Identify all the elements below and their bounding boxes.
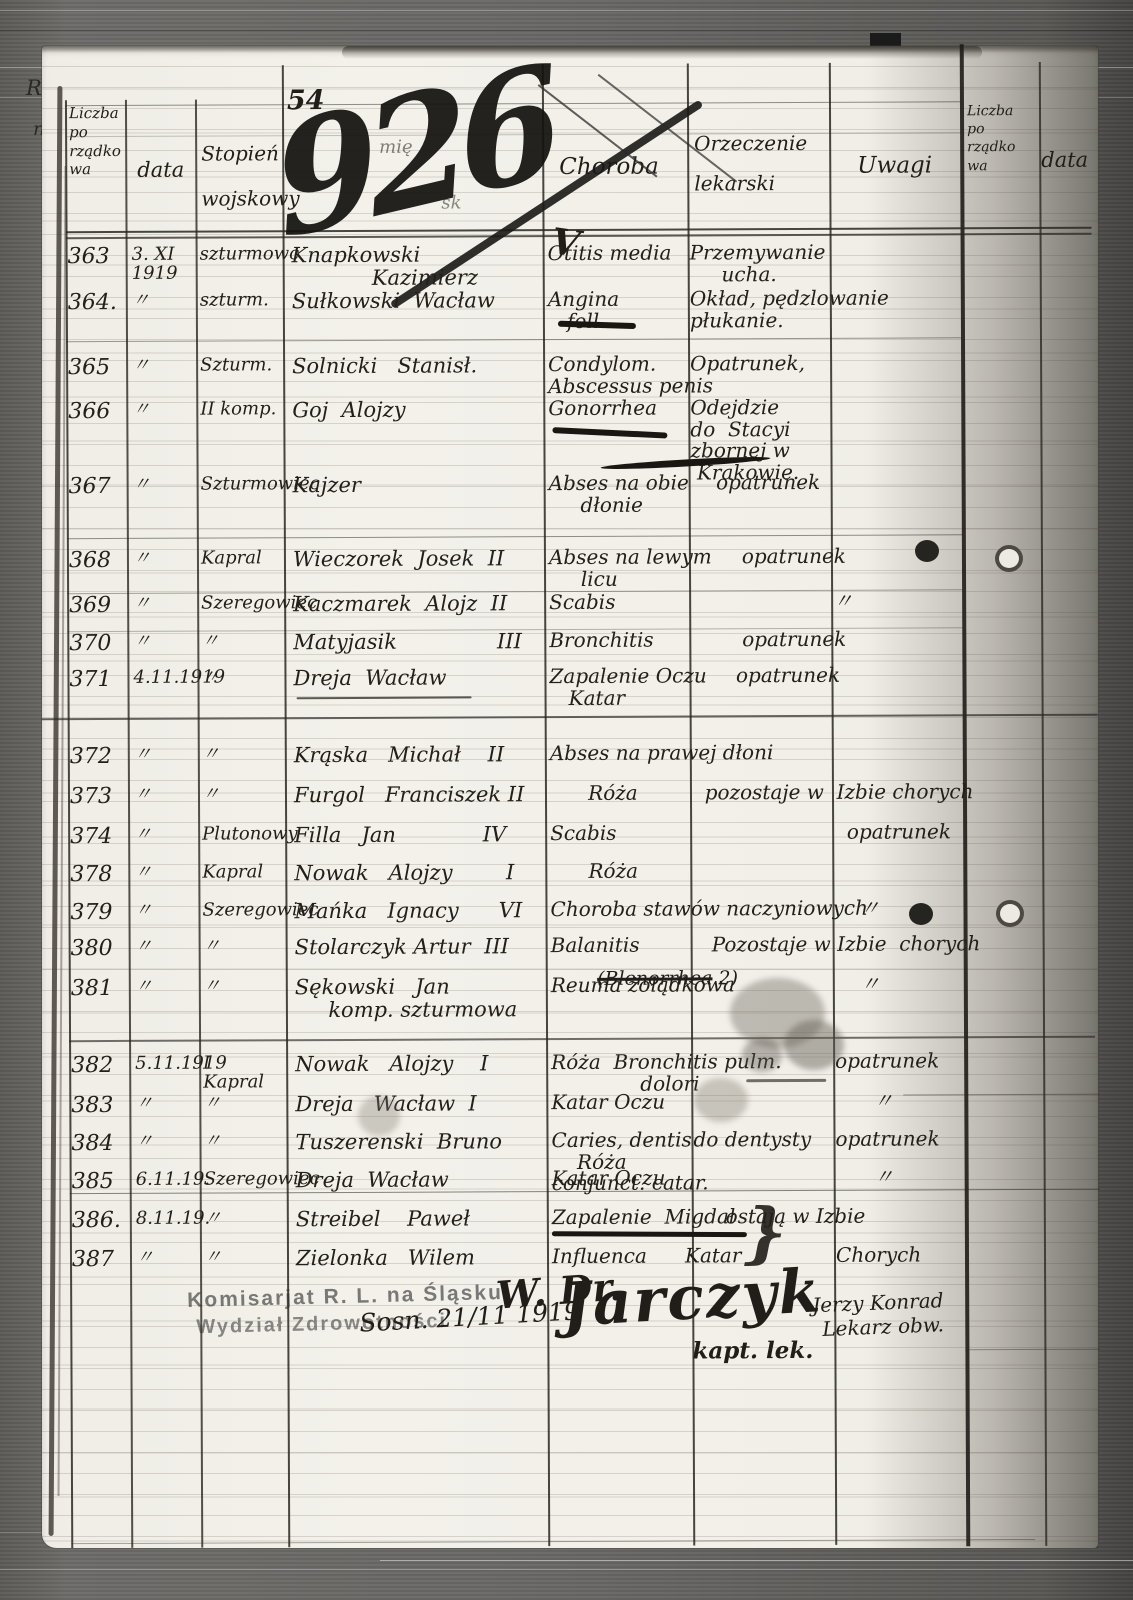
- underline-gonorrhea: [552, 427, 667, 439]
- row-date: 〃: [135, 1094, 153, 1114]
- row-verdict: opatrunek: [691, 472, 821, 494]
- row-disease: Katar Oczu: [552, 1168, 666, 1190]
- row-verdict: do dentysty: [693, 1129, 811, 1151]
- strike-dolori: [746, 1079, 826, 1082]
- scanned-register-page: R n: [0, 0, 1133, 1600]
- register-row: 367 〃 Szturmowiec Kajzer Abses na obie d…: [41, 471, 1097, 476]
- struck-word: (Blenorrhea: [597, 967, 712, 990]
- punch-hole-ring: [995, 545, 1023, 572]
- row-name: Kaczmarek Alojz II: [293, 592, 507, 616]
- row-rank: 〃: [202, 785, 220, 805]
- row-verdict: Przemywanie ucha.: [690, 242, 826, 286]
- col-header-date: data: [137, 158, 184, 182]
- row-name: Solnicki Stanisł.: [292, 354, 477, 377]
- table-rule-h: [66, 337, 962, 342]
- row-remarks: 〃: [835, 1091, 893, 1113]
- row-remarks: opatrunek: [834, 821, 951, 843]
- row-number: 372: [70, 745, 112, 769]
- row-name: Wieczorek Josek II: [293, 547, 504, 571]
- row-name: Nowak Alojzy I: [295, 1052, 488, 1076]
- row-number: 367: [69, 475, 111, 499]
- scratch-line: [380, 1560, 1133, 1561]
- table-rule-v: [125, 100, 133, 1548]
- row-name: Dreja Wacław: [293, 667, 446, 690]
- register-row: 372 〃 〃 Krąska Michał II Abses na prawej…: [42, 741, 1098, 746]
- row-remarks: opatrunek: [835, 1128, 939, 1150]
- ink-smudge: [694, 1078, 748, 1122]
- row-disease: Róża: [550, 783, 638, 805]
- row-rank: 〃: [201, 632, 219, 652]
- row-disease: Condylom. Abscessus penis: [548, 353, 713, 397]
- row-rank: 〃: [203, 1132, 221, 1152]
- row-date: 〃: [134, 863, 152, 883]
- col-header-number-2: Liczba po rządko wa: [967, 102, 1016, 175]
- row-name: Krąska Michał II: [294, 743, 505, 767]
- row-disease: Katar Oczu: [551, 1092, 665, 1114]
- row-date: 〃: [134, 901, 152, 921]
- row-rank: Kapral: [201, 548, 262, 568]
- register-row: 384 〃 〃 Tuszerenski Bruno Caries, dentis…: [43, 1128, 1099, 1133]
- row-verdict: Okład, pędzlowanie płukanie.: [690, 288, 889, 332]
- row-rank: 〃: [203, 937, 221, 957]
- row-date: 〃: [134, 825, 152, 845]
- row-rank: Plutonowy: [202, 824, 298, 844]
- row-remarks: 〃: [835, 974, 881, 996]
- register-row: 364. 〃 szturm. Sułkowski Wacław Angina f…: [40, 287, 1096, 292]
- ink-smudge: [742, 1038, 782, 1072]
- row-disease: Zapalenie Oczu Katar: [549, 665, 706, 709]
- page-number-graffiti: 926: [265, 31, 562, 274]
- row-disease: Scabis: [550, 823, 616, 845]
- row-name: Kajzer: [293, 474, 361, 497]
- row-rank: 〃: [203, 1094, 221, 1114]
- scratch-line: [0, 1569, 1133, 1570]
- row-number: 384: [71, 1132, 113, 1156]
- row-date: 〃: [133, 594, 151, 614]
- row-remarks: Chorych: [836, 1244, 921, 1266]
- row-number: 369: [69, 594, 111, 618]
- row-remarks: opatrunek: [835, 1050, 939, 1072]
- row-number: 381: [71, 977, 113, 1001]
- row-verdict: opatrunek: [691, 665, 840, 687]
- row-disease: Gonorrhea: [548, 398, 657, 420]
- doctor-title: Lekarz obw.: [822, 1312, 944, 1341]
- row-date: 〃: [132, 400, 150, 420]
- row-date: 〃: [133, 549, 151, 569]
- table-rule-h: [903, 1094, 1099, 1096]
- row-rank: I Kapral: [203, 1053, 264, 1092]
- row-rank: 〃: [202, 745, 220, 765]
- row-disease: Abses na lewym licu: [549, 546, 712, 590]
- row-rank: 〃: [204, 1248, 222, 1268]
- row-verdict: Opatrunek,: [690, 353, 805, 375]
- row-disease: Abses na prawej dłoni: [550, 742, 774, 765]
- register-row: 386. 8.11.19. 〃 Streibel Paweł Zapalenie…: [44, 1205, 1100, 1210]
- signature: Jarczyk: [560, 1256, 823, 1341]
- row-date: 6.11.19.: [136, 1170, 211, 1190]
- row-number: 380: [71, 937, 113, 961]
- scratch-line: [0, 30, 1133, 31]
- row-rank: 〃: [203, 977, 221, 997]
- col-header-number: Liczba po rządko wa: [69, 104, 121, 179]
- row-rank: szturm.: [200, 290, 269, 310]
- row-name: Goj Alojzy: [292, 399, 405, 422]
- register-row: 366 〃 II komp. Goj Alojzy Gonorrhea Odej…: [40, 396, 1096, 401]
- row-rank: Kapral: [202, 862, 263, 882]
- row-number: 382: [71, 1054, 113, 1078]
- row-number: 386.: [72, 1209, 121, 1233]
- register-row: 365 〃 Szturm. Solnicki Stanisł. Condylom…: [40, 352, 1096, 357]
- row-rank: II komp.: [200, 399, 276, 419]
- row-date: 8.11.19.: [136, 1209, 211, 1229]
- row-number: 374: [70, 825, 112, 849]
- punch-hole-filled: [909, 903, 933, 925]
- row-disease: Choroba stawów naczyniowych: [550, 898, 868, 921]
- row-date: 〃: [132, 356, 150, 376]
- table-rule-h: [67, 534, 963, 539]
- row-disease: Abses na obie dłonie: [549, 472, 689, 516]
- row-name: Nowak Alojzy I: [294, 861, 514, 885]
- row-date: 3. XI 1919: [132, 245, 178, 284]
- row-date: 〃: [134, 785, 152, 805]
- struck-note: (Blenorrhea 2): [549, 945, 739, 1012]
- row-name: Knapkowski Kazimierz: [292, 243, 478, 289]
- row-verdict: opatrunek: [691, 546, 846, 568]
- register-row: 387 〃 〃 Zielonka Wilem Influenca Katar C…: [44, 1244, 1100, 1249]
- row-rank: szturmowc: [200, 244, 300, 264]
- row-rank: 〃: [201, 668, 219, 688]
- row-disease: Róża: [550, 861, 638, 883]
- paper-sheet: Liczba po rządko wa data Stopień wojskow…: [42, 46, 1098, 1548]
- row-number: 366: [68, 400, 110, 424]
- row-date: 〃: [135, 977, 153, 997]
- table-rule-h: [965, 1349, 1100, 1351]
- row-disease: Otitis media: [548, 243, 672, 265]
- row-date: 〃: [132, 291, 150, 311]
- col-header-remarks: Uwagi: [857, 152, 932, 178]
- row-disease: Scabis: [549, 592, 615, 614]
- ink-smudge: [358, 1096, 400, 1136]
- row-number: 383: [71, 1094, 113, 1118]
- row-rank: 〃: [204, 1209, 222, 1229]
- row-number: 370: [69, 632, 111, 656]
- punch-hole-filled: [915, 540, 939, 562]
- register-row: 379 〃 Szeregowiec Mańka Ignacy VI Chorob…: [42, 897, 1098, 902]
- table-rule-v: [1039, 62, 1047, 1546]
- row-verdict: pozostaje w Izbie chorych: [692, 781, 974, 804]
- row-verdict: opatrunek: [691, 629, 846, 651]
- signature-rank: kapt. lek.: [692, 1337, 813, 1365]
- struck-suffix: 2): [712, 967, 738, 989]
- row-name: Sękowski Jan komp. szturmowa: [295, 975, 518, 1021]
- row-number: 364.: [68, 291, 117, 315]
- row-number: 387: [72, 1248, 114, 1272]
- row-date: 〃: [135, 937, 153, 957]
- row-name: Dreja Wacław: [296, 1169, 449, 1192]
- register-row: 380 〃 〃 Stolarczyk Artur III Balanitis P…: [43, 933, 1099, 938]
- row-name: Filla Jan IV: [294, 823, 506, 847]
- row-name: Streibel Paweł: [296, 1207, 470, 1230]
- row-remarks: 〃: [834, 898, 880, 920]
- row-date: 〃: [133, 632, 151, 652]
- section-rule-h: [69, 1036, 1095, 1042]
- row-number: 379: [70, 901, 112, 925]
- row-name: Sułkowski Wacław: [292, 289, 495, 313]
- row-disease: Bronchitis: [549, 630, 653, 652]
- row-date: 〃: [136, 1248, 154, 1268]
- row-number: 385: [72, 1170, 114, 1194]
- row-number: 363: [68, 245, 110, 269]
- strike-zapalenie: [552, 1231, 747, 1237]
- row-date: 〃: [135, 1132, 153, 1152]
- row-number: 371: [69, 668, 111, 692]
- register-row: 371 4.11.1919 〃 Dreja Wacław Zapalenie O…: [41, 664, 1097, 669]
- row-name: Stolarczyk Artur III: [295, 935, 509, 959]
- row-remarks: 〃: [833, 591, 853, 613]
- row-name: Matyjasik III: [293, 630, 522, 654]
- register-row: 382 5.11.1919 I Kapral Nowak Alojzy I Ró…: [43, 1050, 1099, 1055]
- row-number: 373: [70, 785, 112, 809]
- table-rule-h: [71, 1539, 1035, 1544]
- register-row: 378 〃 Kapral Nowak Alojzy I Róża: [42, 859, 1098, 864]
- register-row: 385 6.11.19. Szeregowiec Dreja Wacław Ka…: [44, 1166, 1100, 1171]
- register-row: 373 〃 〃 Furgol Franciszek II Róża pozost…: [42, 781, 1098, 786]
- row-name: Furgol Franciszek II: [294, 783, 524, 807]
- register-row: 374 〃 Plutonowy Filla Jan IV Scabis opat…: [42, 821, 1098, 826]
- punch-hole-ring: [996, 900, 1024, 927]
- row-date: 〃: [134, 745, 152, 765]
- ink-smudge: [784, 1020, 844, 1070]
- scratch-line: [0, 10, 1133, 11]
- row-name: Tuszerenski Bruno: [295, 1130, 502, 1154]
- row-number: 368: [69, 549, 111, 573]
- col-header-date-2: data: [1041, 148, 1088, 172]
- register-row: 363 3. XI 1919 szturmowc Knapkowski Kazi…: [40, 241, 1096, 246]
- row-number: 365: [68, 356, 110, 380]
- row-name: Zielonka Wilem: [296, 1246, 475, 1269]
- section-rule-h: [42, 714, 1098, 721]
- row-name: Mańka Ignacy VI: [294, 899, 522, 923]
- row-number: 378: [70, 863, 112, 887]
- row-remarks: 〃: [836, 1167, 894, 1189]
- row-date: 〃: [133, 475, 151, 495]
- row-rank: Szturm.: [200, 355, 272, 375]
- underline-name-371: [297, 696, 472, 699]
